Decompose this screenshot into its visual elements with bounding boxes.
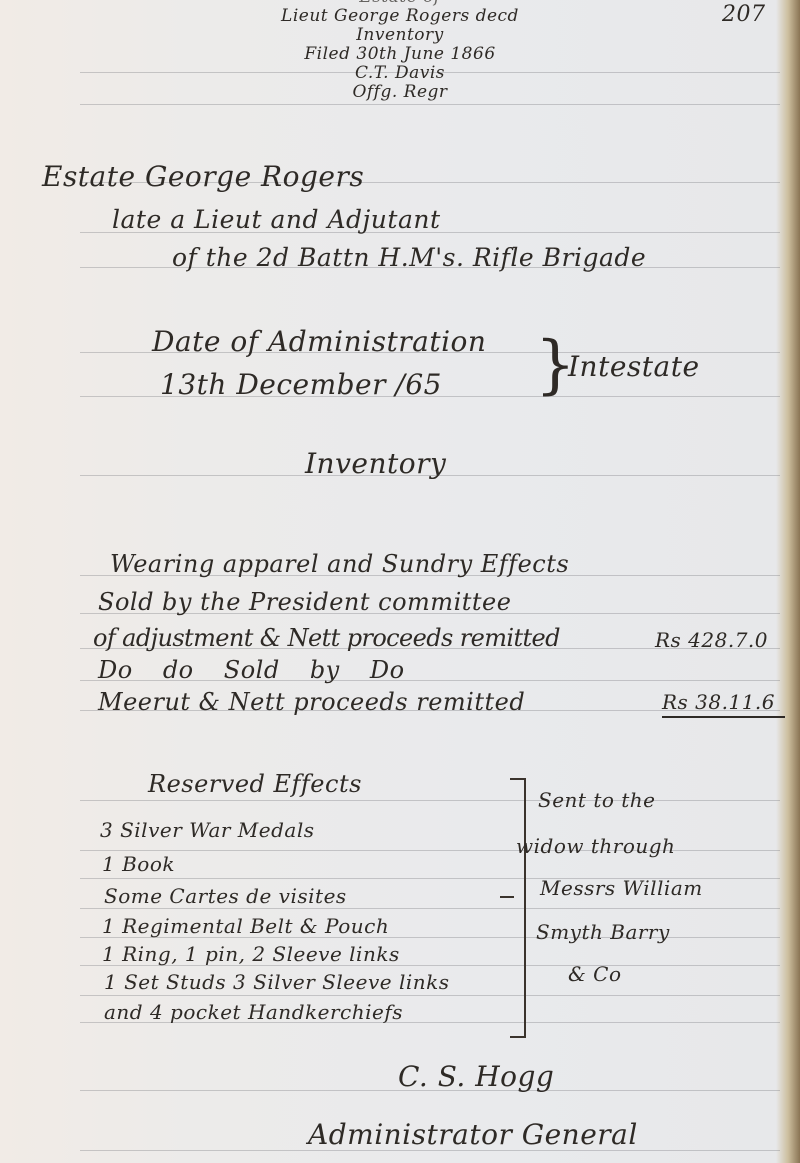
- intestate-status: Intestate: [568, 350, 700, 383]
- reserved-item: 1 Regimental Belt & Pouch: [102, 914, 389, 938]
- header-line-inventory: Inventory: [200, 26, 600, 45]
- reserved-item: 1 Set Studs 3 Silver Sleeve links: [104, 970, 450, 994]
- sent-to-line: & Co: [568, 962, 622, 986]
- grouping-bracket: [510, 778, 526, 1038]
- ruled-line: [80, 995, 780, 996]
- amount-proceeds-1: Rs 428.7.0: [655, 628, 768, 652]
- page-number: 207: [722, 2, 766, 27]
- signature-name: C. S. Hogg: [398, 1060, 554, 1093]
- sent-to-line: Sent to the: [538, 788, 656, 812]
- reserved-effects-heading: Reserved Effects: [148, 770, 362, 798]
- reserved-item: 1 Book: [102, 852, 175, 876]
- header-line-offg-regr: Offg. Regr: [200, 83, 600, 102]
- ruled-line: [80, 908, 780, 909]
- reserved-item: 3 Silver War Medals: [100, 818, 315, 842]
- amount-proceeds-2: Rs 38.11.6: [662, 690, 785, 718]
- header-note: Estate of Lieut George Rogers decd Inven…: [200, 0, 600, 102]
- inventory-line: Sold by the President committee: [98, 588, 511, 616]
- unit: of the 2d Battn H.M's. Rifle Brigade: [172, 243, 646, 272]
- signature-title: Administrator General: [308, 1118, 638, 1151]
- ruled-line: [80, 800, 780, 801]
- reserved-item: Some Cartes de visites: [104, 884, 347, 908]
- inventory-line: Do do Sold by Do: [98, 656, 405, 684]
- header-line-deceased: Lieut George Rogers decd: [200, 7, 600, 26]
- late-rank: late a Lieut and Adjutant: [112, 205, 441, 234]
- sent-to-line: Messrs William: [540, 876, 703, 900]
- inventory-heading: Inventory: [305, 447, 446, 480]
- sent-to-line: widow through: [516, 834, 675, 858]
- inventory-line: Wearing apparel and Sundry Effects: [110, 550, 569, 578]
- administration-date: 13th December /65: [160, 368, 442, 401]
- ledger-page: 207 Estate of Lieut George Rogers decd I…: [0, 0, 800, 1163]
- administration-label: Date of Administration: [152, 325, 486, 358]
- bracket-notch: [500, 896, 514, 898]
- reserved-item: and 4 pocket Handkerchiefs: [104, 1000, 403, 1024]
- sent-to-line: Smyth Barry: [536, 920, 670, 944]
- inventory-line: of adjustment & Nett proceeds remitted: [93, 624, 560, 652]
- header-line-filed-date: Filed 30th June 1866: [200, 45, 600, 64]
- header-line-registrar: C.T. Davis: [200, 64, 600, 83]
- reserved-item: 1 Ring, 1 pin, 2 Sleeve links: [102, 942, 400, 966]
- ruled-line: [80, 104, 780, 105]
- estate-title: Estate George Rogers: [42, 160, 364, 193]
- inventory-line: Meerut & Nett proceeds remitted: [98, 688, 525, 716]
